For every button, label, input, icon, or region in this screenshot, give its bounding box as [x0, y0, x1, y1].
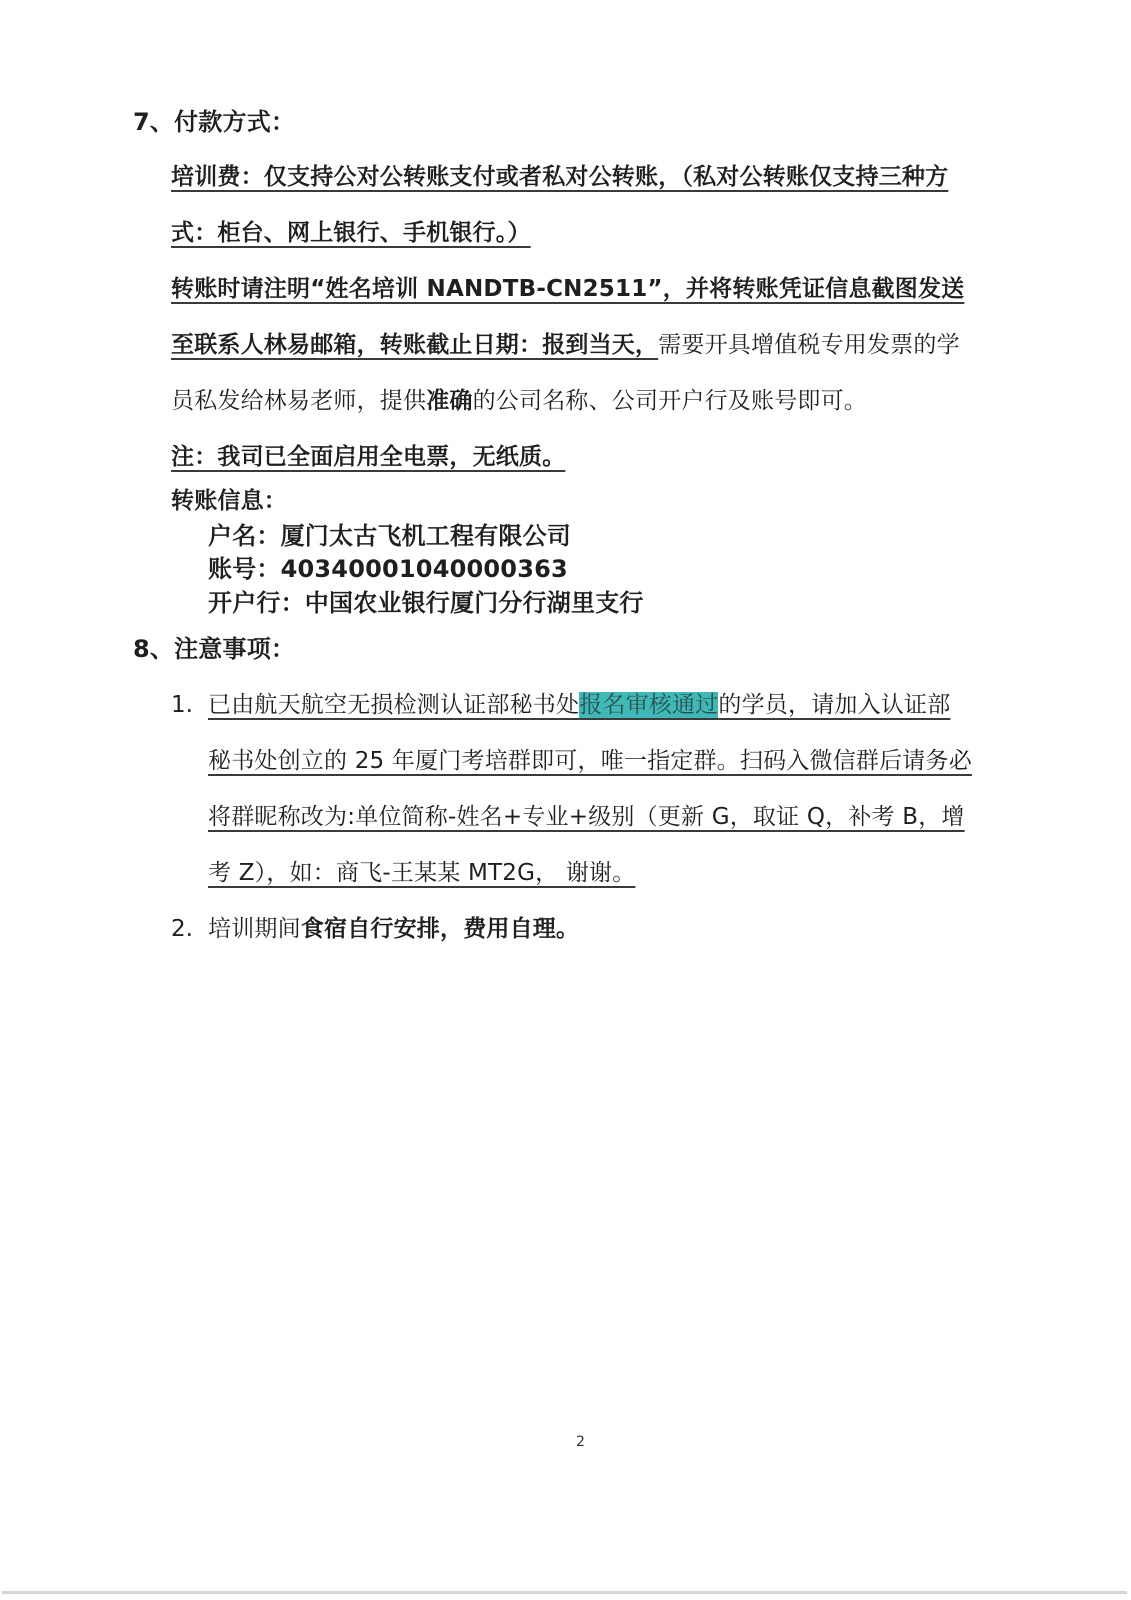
transfer-note-line-3: 员私发给林易老师，提供准确的公司名称、公司开户行及账号即可。	[171, 386, 867, 416]
transfer-note-text-a: 员私发给林易老师，提供	[171, 388, 426, 414]
training-fee-line-1: 培训费：仅支持公对公转账支付或者私对公转账，（私对公转账仅支持三种方	[171, 162, 948, 192]
item-1-text-b: 的学员，请加入认证部	[718, 692, 950, 718]
account-number: 账号：40340001040000363	[208, 553, 568, 585]
transfer-note-text-b: 的公司名称、公司开户行及账号即可。	[473, 388, 867, 414]
account-name: 户名：厦门太古飞机工程有限公司	[208, 520, 571, 552]
vat-invoice-text: 需要开具增值税专用发票的学	[658, 332, 960, 358]
transfer-info-label: 转账信息：	[171, 486, 287, 516]
list-item-1-line-1: 已由航天航空无损检测认证部秘书处报名审核通过的学员，请加入认证部	[208, 690, 950, 720]
transfer-note-line-1: 转账时请注明“姓名培训 NANDTB-CN2511”，并将转账凭证信息截图发送	[171, 274, 964, 304]
list-item-2-number: 2.	[171, 914, 193, 944]
training-fee-line-2: 式：柜台、网上银行、手机银行。）	[171, 218, 531, 248]
list-item-1-number: 1.	[171, 690, 193, 720]
highlighted-text: 报名审核通过	[579, 692, 718, 718]
transfer-deadline-text: 至联系人林易邮箱，转账截止日期：报到当天，	[171, 332, 658, 358]
section-7-heading: 7、付款方式：	[133, 107, 295, 137]
section-8-heading: 8、注意事项：	[133, 634, 295, 664]
item-1-text-a: 已由航天航空无损检测认证部秘书处	[208, 692, 579, 718]
list-item-1-line-4: 考 Z），如：商飞-王某某 MT2G， 谢谢。	[208, 858, 635, 888]
item-2-text-plain: 培训期间	[208, 916, 301, 942]
list-item-2: 培训期间食宿自行安排，费用自理。	[208, 914, 579, 944]
page-bottom-edge	[2, 1591, 1127, 1594]
item-2-text-bold: 食宿自行安排，费用自理。	[301, 916, 579, 942]
bank-branch: 开户行：中国农业银行厦门分行湖里支行	[208, 587, 644, 619]
document-page: 7、付款方式： 培训费：仅支持公对公转账支付或者私对公转账，（私对公转账仅支持三…	[0, 0, 1131, 1600]
transfer-note-line-2: 至联系人林易邮箱，转账截止日期：报到当天，需要开具增值税专用发票的学	[171, 330, 960, 360]
list-item-1-line-2: 秘书处创立的 25 年厦门考培群即可，唯一指定群。扫码入微信群后请务必	[208, 746, 972, 776]
einvoice-note: 注：我司已全面启用全电票，无纸质。	[171, 442, 565, 472]
list-item-1-line-3: 将群昵称改为:单位简称-姓名+专业+级别（更新 G，取证 Q，补考 B，增	[208, 802, 965, 832]
page-number: 2	[576, 1434, 585, 1450]
accurate-emphasis: 准确	[426, 388, 472, 414]
